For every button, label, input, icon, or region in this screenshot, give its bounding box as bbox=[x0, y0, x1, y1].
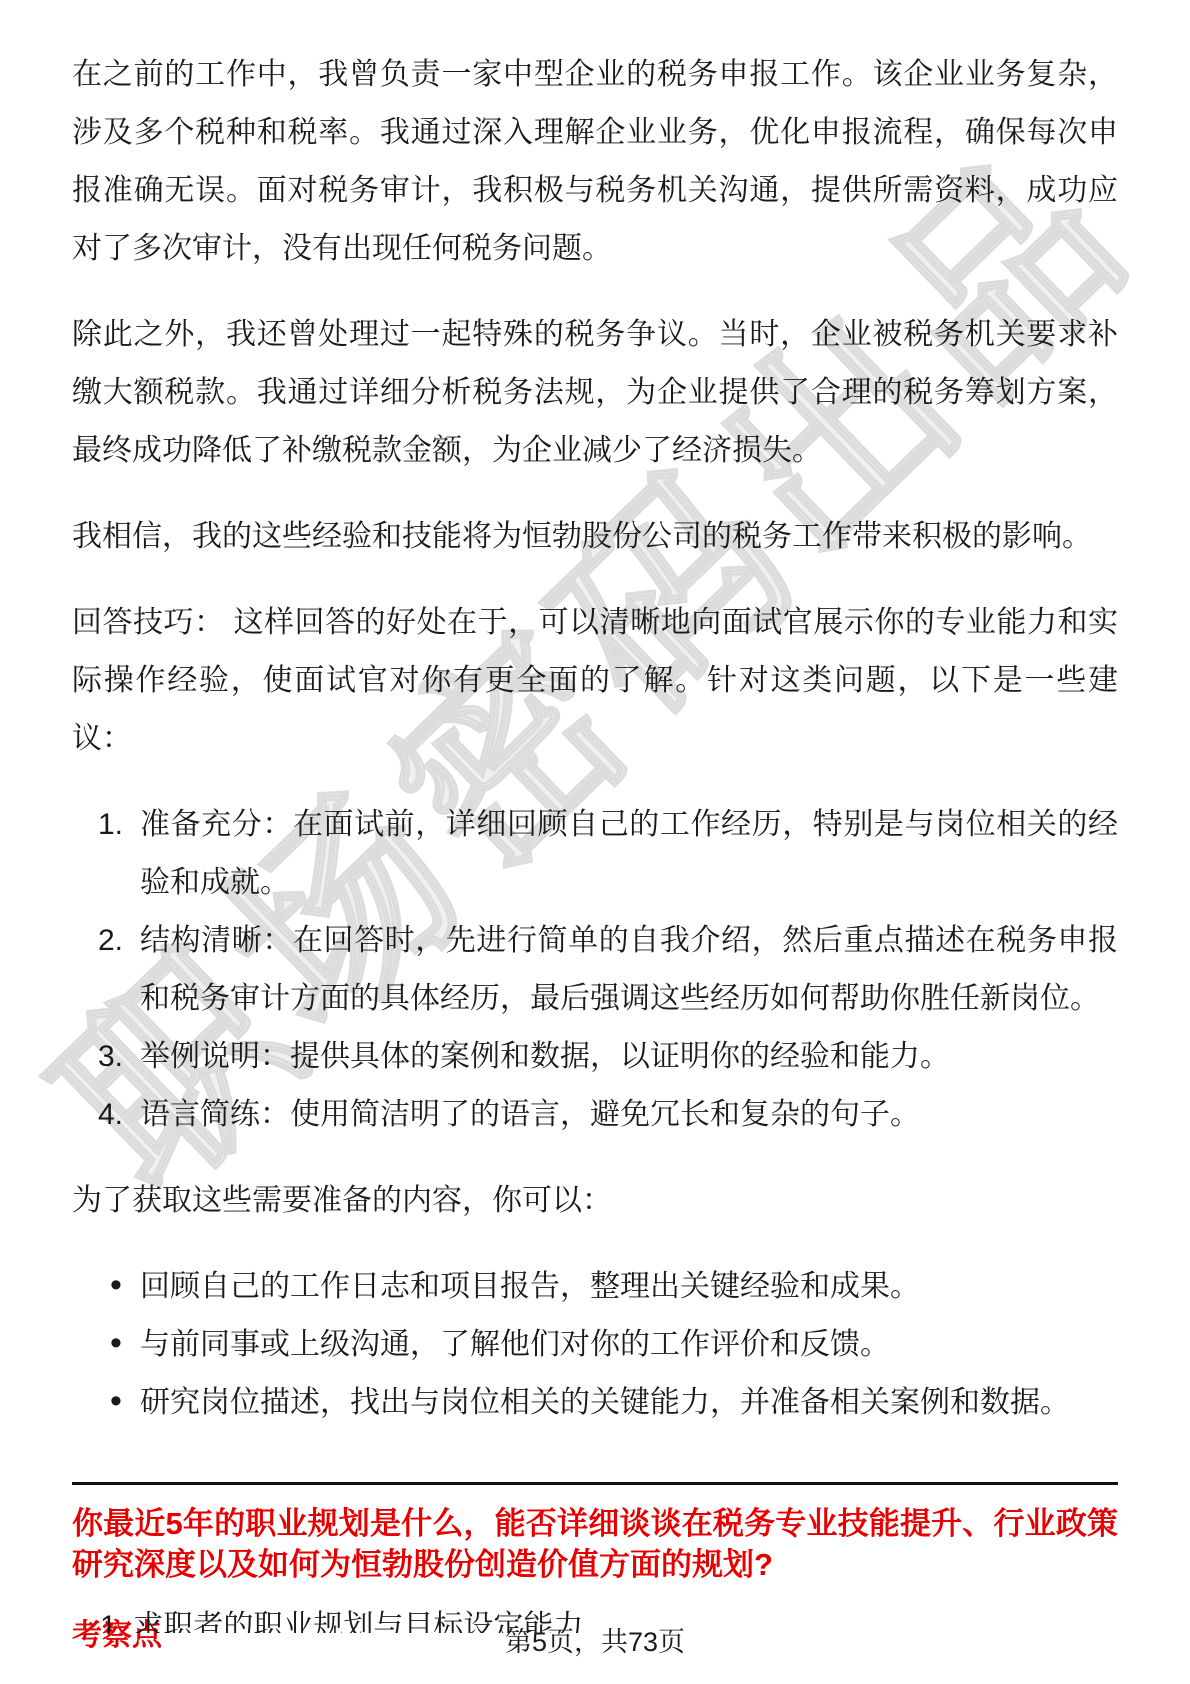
prep-bullet-1-text: 回顾自己的工作日志和项目报告，整理出关键经验和成果。 bbox=[140, 1270, 920, 1303]
bullet-dot-icon: • bbox=[110, 1372, 122, 1430]
advice-item-3-text: 举例说明：提供具体的案例和数据，以证明你的经验和能力。 bbox=[140, 1040, 950, 1073]
prep-bullet-2-text: 与前同事或上级沟通，了解他们对你的工作评价和反馈。 bbox=[140, 1328, 890, 1361]
paragraph-tax-filing-experience: 在之前的工作中，我曾负责一家中型企业的税务申报工作。该企业业务复杂，涉及多个税种… bbox=[72, 46, 1118, 278]
bullet-dot-icon: • bbox=[110, 1256, 122, 1314]
paragraph-prep-intro: 为了获取这些需要准备的内容，你可以： bbox=[72, 1172, 1118, 1230]
bullet-dot-icon: • bbox=[110, 1314, 122, 1372]
list-number-2: 2. bbox=[98, 912, 136, 970]
advice-item-4: 4. 语言简练：使用简洁明了的语言，避免冗长和复杂的句子。 bbox=[72, 1086, 1118, 1144]
advice-item-1: 1. 准备充分：在面试前，详细回顾自己的工作经历，特别是与岗位相关的经验和成就。 bbox=[72, 796, 1118, 912]
list-number-4: 4. bbox=[98, 1086, 136, 1144]
page-footer: 第5页，共73页 bbox=[0, 1620, 1190, 1659]
advice-item-4-text: 语言简练：使用简洁明了的语言，避免冗长和复杂的句子。 bbox=[140, 1098, 920, 1131]
document-page: 职场密码出品 在之前的工作中，我曾负责一家中型企业的税务申报工作。该企业业务复杂… bbox=[0, 0, 1190, 1684]
prep-bullet-2: • 与前同事或上级沟通，了解他们对你的工作评价和反馈。 bbox=[72, 1316, 1118, 1374]
paragraph-tax-dispute-experience: 除此之外，我还曾处理过一起特殊的税务争议。当时，企业被税务机关要求补缴大额税款。… bbox=[72, 306, 1118, 480]
list-number-1: 1. bbox=[98, 796, 136, 854]
advice-numbered-list: 1. 准备充分：在面试前，详细回顾自己的工作经历，特别是与岗位相关的经验和成就。… bbox=[72, 796, 1118, 1144]
interview-question-career-plan: 你最近5年的职业规划是什么，能否详细谈谈在税务专业技能提升、行业政策研究深度以及… bbox=[72, 1503, 1118, 1585]
paragraph-belief-statement: 我相信，我的这些经验和技能将为恒勃股份公司的税务工作带来积极的影响。 bbox=[72, 508, 1118, 566]
document-content: 在之前的工作中，我曾负责一家中型企业的税务申报工作。该企业业务复杂，涉及多个税种… bbox=[72, 46, 1118, 1656]
list-number-3: 3. bbox=[98, 1028, 136, 1086]
advice-item-2-text: 结构清晰：在回答时，先进行简单的自我介绍，然后重点描述在税务申报和税务审计方面的… bbox=[140, 924, 1118, 1015]
prep-bullet-1: • 回顾自己的工作日志和项目报告，整理出关键经验和成果。 bbox=[72, 1258, 1118, 1316]
advice-item-2: 2. 结构清晰：在回答时，先进行简单的自我介绍，然后重点描述在税务申报和税务审计… bbox=[72, 912, 1118, 1028]
advice-item-3: 3. 举例说明：提供具体的案例和数据，以证明你的经验和能力。 bbox=[72, 1028, 1118, 1086]
advice-item-1-text: 准备充分：在面试前，详细回顾自己的工作经历，特别是与岗位相关的经验和成就。 bbox=[140, 808, 1118, 899]
prep-bullet-list: • 回顾自己的工作日志和项目报告，整理出关键经验和成果。 • 与前同事或上级沟通… bbox=[72, 1258, 1118, 1432]
prep-bullet-3-text: 研究岗位描述，找出与岗位相关的关键能力，并准备相关案例和数据。 bbox=[140, 1386, 1070, 1419]
section-divider-rule bbox=[72, 1482, 1118, 1485]
paragraph-answer-tips: 回答技巧： 这样回答的好处在于，可以清晰地向面试官展示你的专业能力和实际操作经验… bbox=[72, 594, 1118, 768]
prep-bullet-3: • 研究岗位描述，找出与岗位相关的关键能力，并准备相关案例和数据。 bbox=[72, 1374, 1118, 1432]
